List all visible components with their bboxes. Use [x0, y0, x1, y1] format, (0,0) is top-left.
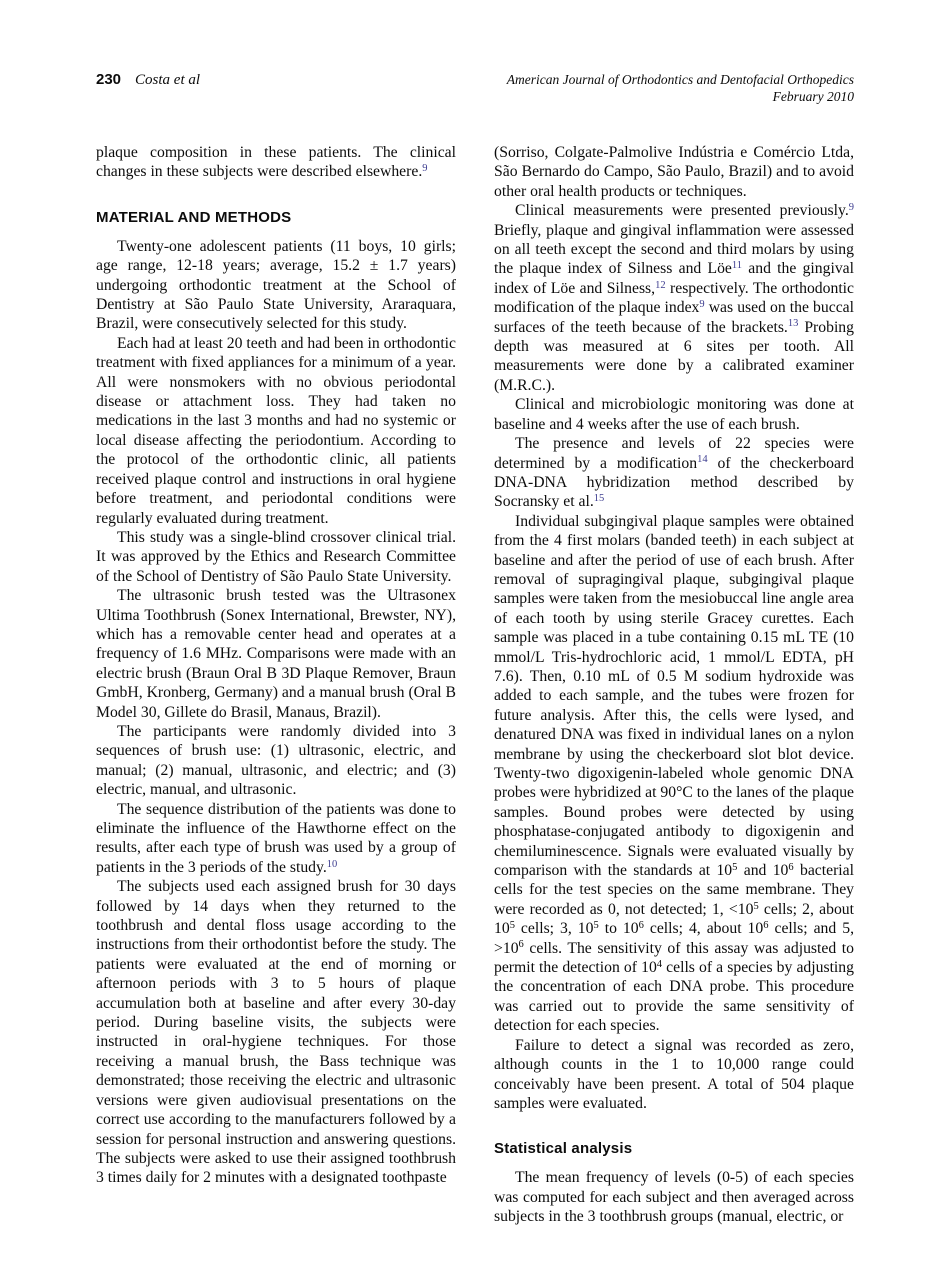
- paragraph: (Sorriso, Colgate-Palmolive Indústria e …: [494, 143, 854, 201]
- citation-reference[interactable]: 9: [849, 202, 854, 213]
- superscript: 4: [657, 959, 662, 970]
- paragraph: Each had at least 20 teeth and had been …: [96, 334, 456, 528]
- citation-reference[interactable]: 9: [699, 299, 704, 310]
- superscript: 6: [519, 939, 524, 950]
- paragraph: Clinical and microbiologic monitoring wa…: [494, 395, 854, 434]
- paragraph: The participants were randomly divided i…: [96, 722, 456, 800]
- paragraph: The mean frequency of levels (0-5) of ea…: [494, 1168, 854, 1226]
- paragraph: The ultrasonic brush tested was the Ultr…: [96, 586, 456, 722]
- citation-reference[interactable]: 14: [697, 454, 708, 465]
- paragraph: The presence and levels of 22 species we…: [494, 434, 854, 512]
- superscript: 5: [753, 901, 758, 912]
- journal-page: { "header": { "page_number": "230", "run…: [0, 0, 950, 1272]
- citation-reference[interactable]: 9: [422, 163, 427, 174]
- superscript: 6: [763, 920, 768, 931]
- section-heading-statistical-analysis: Statistical analysis: [494, 1140, 854, 1157]
- paragraph: Failure to detect a signal was recorded …: [494, 1036, 854, 1114]
- paragraph: The subjects used each assigned brush fo…: [96, 877, 456, 1188]
- superscript: 6: [639, 920, 644, 931]
- left-column: plaque composition in these patients. Th…: [96, 143, 456, 1227]
- page-number: 230: [96, 71, 121, 88]
- paragraph: Individual subgingival plaque samples we…: [494, 512, 854, 1036]
- citation-reference[interactable]: 13: [788, 318, 799, 329]
- two-column-body: plaque composition in these patients. Th…: [96, 143, 854, 1227]
- citation-reference[interactable]: 15: [594, 493, 605, 504]
- page-header: 230Costa et al American Journal of Ortho…: [96, 71, 854, 105]
- paragraph: plaque composition in these patients. Th…: [96, 143, 456, 182]
- right-column: (Sorriso, Colgate-Palmolive Indústria e …: [494, 143, 854, 1227]
- paragraph: This study was a single-blind crossover …: [96, 528, 456, 586]
- superscript: 5: [593, 920, 598, 931]
- journal-title: American Journal of Orthodontics and Den…: [507, 71, 854, 88]
- superscript: 5: [732, 862, 737, 873]
- issue-date: February 2010: [507, 88, 854, 105]
- citation-reference[interactable]: 12: [655, 280, 666, 291]
- paragraph: The sequence distribution of the patient…: [96, 800, 456, 878]
- superscript: 5: [510, 920, 515, 931]
- citation-reference[interactable]: 10: [327, 859, 338, 870]
- section-heading-material-and-methods: MATERIAL AND METHODS: [96, 209, 456, 226]
- superscript: 6: [788, 862, 793, 873]
- citation-reference[interactable]: 11: [732, 260, 742, 271]
- running-head-left: 230Costa et al: [96, 71, 200, 89]
- paragraph: Clinical measurements were presented pre…: [494, 201, 854, 395]
- running-authors: Costa et al: [135, 72, 200, 88]
- running-head-right: American Journal of Orthodontics and Den…: [507, 71, 854, 105]
- paragraph: Twenty-one adolescent patients (11 boys,…: [96, 237, 456, 334]
